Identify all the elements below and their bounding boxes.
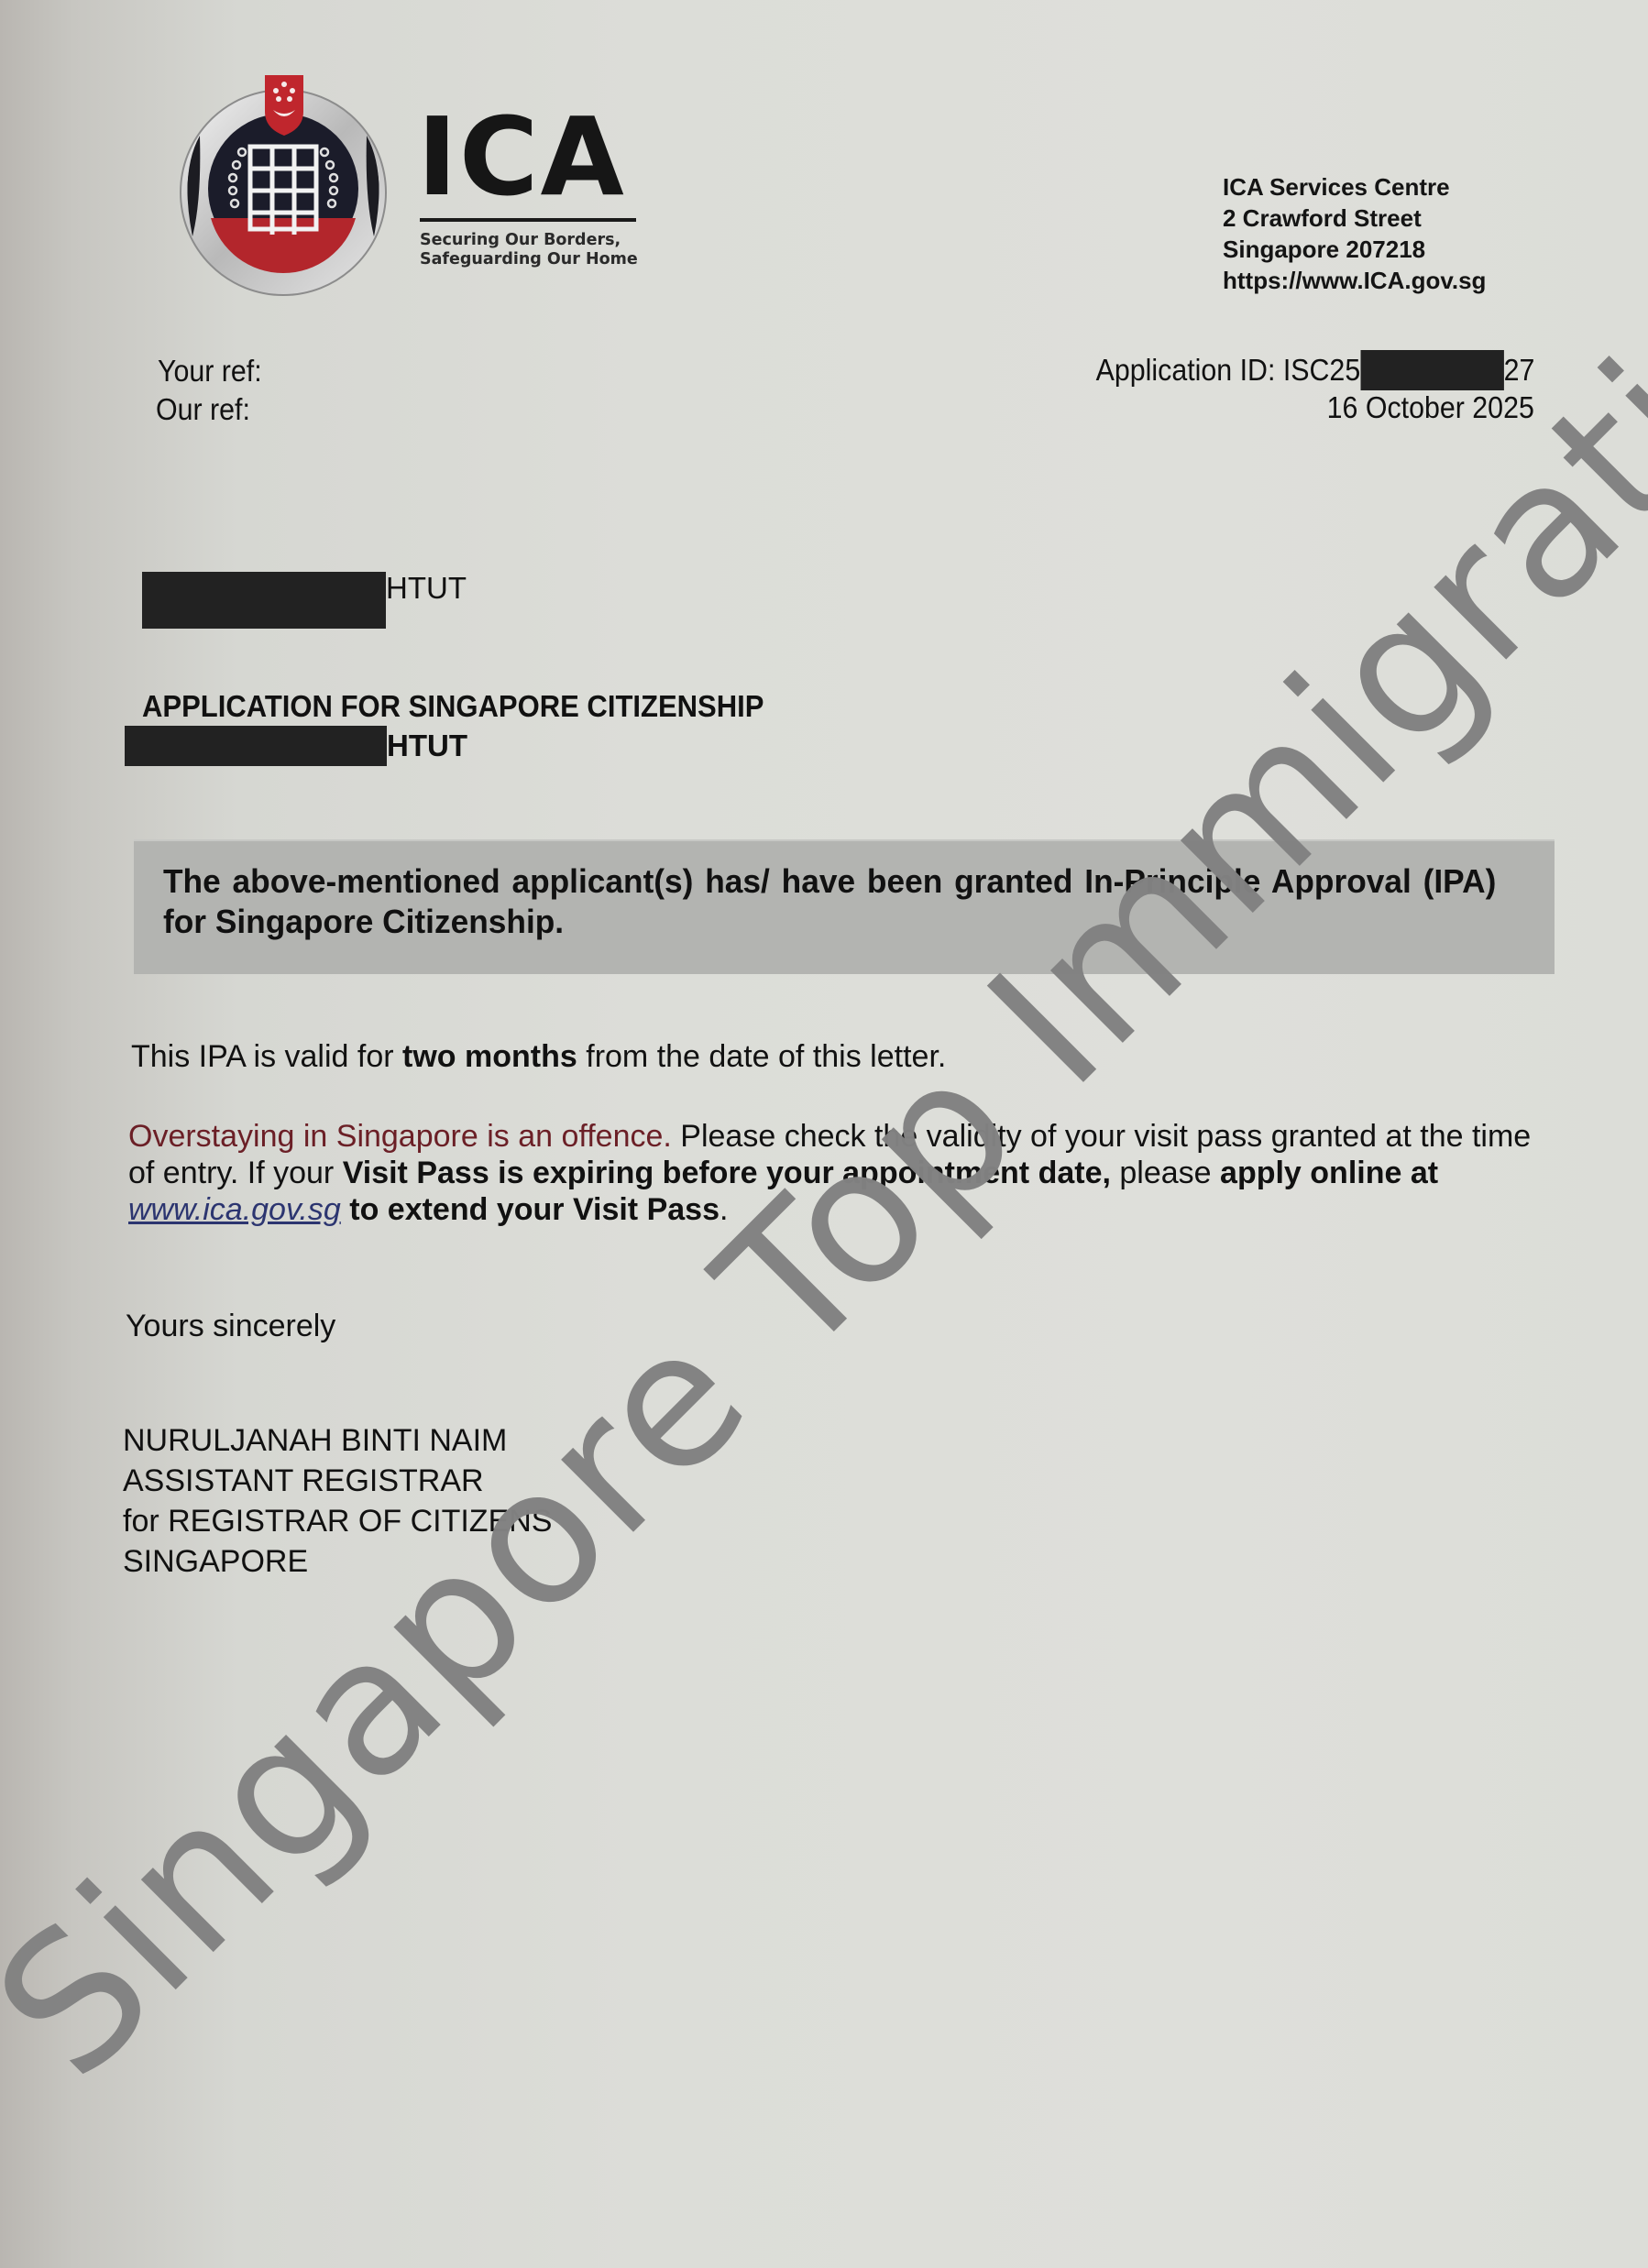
closing-salutation: Yours sincerely <box>126 1309 335 1344</box>
overstay-warning: Overstaying in Singapore is an offence. <box>128 1119 672 1154</box>
tagline-line-1: Securing Our Borders, <box>420 231 638 250</box>
overstay-text-2: please <box>1111 1156 1220 1190</box>
redaction-bar <box>1360 350 1503 390</box>
ica-tagline: Securing Our Borders, Safeguarding Our H… <box>420 231 638 269</box>
validity-text: This IPA is valid for <box>131 1039 402 1074</box>
validity-period: two months <box>402 1039 577 1074</box>
ica-emblem-icon <box>163 71 403 302</box>
ica-wordmark: ICA <box>417 103 626 211</box>
addressee-name: HTUT <box>142 548 467 629</box>
tagline-line-2: Safeguarding Our Home <box>420 250 638 269</box>
address-line-2: 2 Crawford Street <box>1223 203 1486 234</box>
your-ref-label: Your ref: <box>158 354 262 389</box>
subject-applicant-name: HTUT <box>125 726 467 766</box>
applicant-surname: HTUT <box>387 729 467 763</box>
address-line-3: Singapore 207218 <box>1223 234 1486 265</box>
validity-paragraph: This IPA is valid for two months from th… <box>131 1039 946 1075</box>
address-url: https://www.ICA.gov.sg <box>1223 265 1486 296</box>
sender-address: ICA Services Centre 2 Crawford Street Si… <box>1223 171 1486 296</box>
wordmark-divider <box>420 218 636 222</box>
application-id-label: Application ID: ISC25 <box>1095 353 1360 388</box>
our-ref-label: Our ref: <box>156 392 250 427</box>
address-line-1: ICA Services Centre <box>1223 171 1486 203</box>
ica-website-link[interactable]: www.ica.gov.sg <box>128 1192 341 1227</box>
redaction-bar <box>125 726 387 766</box>
addressee-surname: HTUT <box>386 571 467 606</box>
extend-pass-text: to extend your Visit Pass <box>341 1192 720 1227</box>
application-id-suffix: 27 <box>1503 353 1534 388</box>
subject-heading: APPLICATION FOR SINGAPORE CITIZENSHIP <box>142 689 764 724</box>
application-id: Application ID: ISC25 27 <box>1095 350 1534 390</box>
redaction-bar <box>142 572 386 629</box>
apply-online-text: apply online at <box>1220 1156 1438 1190</box>
